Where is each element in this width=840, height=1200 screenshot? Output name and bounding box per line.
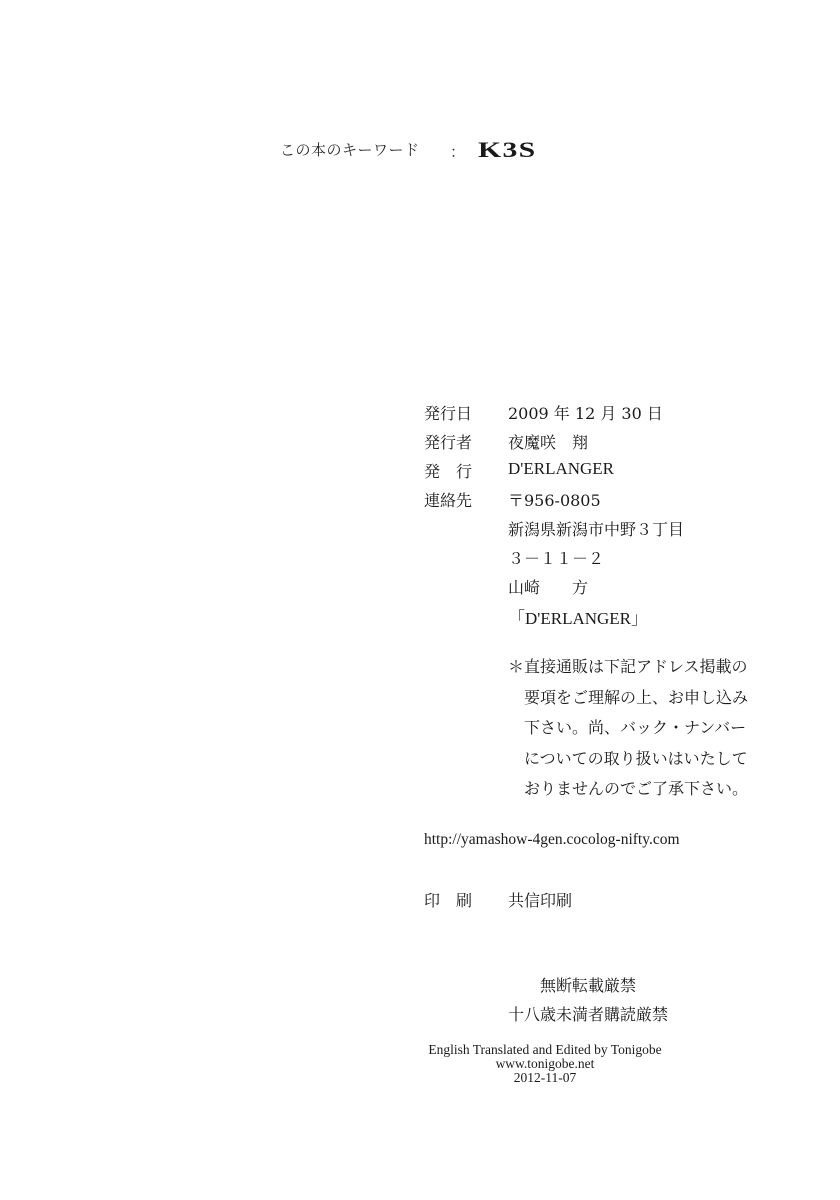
issuer-label: 発 行 <box>424 459 472 482</box>
publisher-value: 夜魔咲 翔 <box>508 430 588 453</box>
credits-line: English Translated and Edited by Tonigob… <box>410 1043 680 1057</box>
keyword-label: この本のキーワード <box>280 139 420 160</box>
address-line-4: 「D'ERLANGER」 <box>508 604 648 629</box>
age-restriction-notice: 十八歳未満者購読厳禁 <box>508 1002 668 1025</box>
website-url[interactable]: http://yamashow-4gen.cocolog-nifty.com <box>424 831 680 849</box>
no-reproduction-notice: 無断転載厳禁 <box>540 973 636 996</box>
note-line: 要項をご理解の上、お申し込み <box>508 683 748 714</box>
note-line: についての取り扱いはいたして <box>508 744 748 775</box>
keyword-value: K3S <box>478 137 537 163</box>
address-line-2: ３－１１－２ <box>508 546 604 569</box>
publish-date-label: 発行日 <box>424 401 472 424</box>
publish-date-value: 2009 年 12 月 30 日 <box>508 401 663 424</box>
credits-date: 2012-11-07 <box>410 1071 680 1085</box>
printer-label: 印 刷 <box>424 888 472 911</box>
credits-website: www.tonigobe.net <box>410 1057 680 1071</box>
note-line: 下さい。尚、バック・ナンバー <box>508 713 748 744</box>
issuer-value: D'ERLANGER <box>508 459 614 479</box>
publisher-label: 発行者 <box>424 430 472 453</box>
keyword-separator: ： <box>450 141 465 162</box>
address-line-3: 山崎 方 <box>508 575 588 598</box>
contact-label: 連絡先 <box>424 488 472 511</box>
note-line: ＊直接通販は下記アドレス掲載の <box>508 652 748 683</box>
mail-order-note: ＊直接通販は下記アドレス掲載の 要項をご理解の上、お申し込み 下さい。尚、バック… <box>508 652 748 805</box>
note-line: おりませんのでご了承下さい。 <box>508 774 748 805</box>
postal-code: 〒956-0805 <box>508 488 601 511</box>
translation-credits: English Translated and Edited by Tonigob… <box>410 1043 680 1085</box>
printer-value: 共信印刷 <box>508 888 572 911</box>
address-line-1: 新潟県新潟市中野３丁目 <box>508 517 684 540</box>
